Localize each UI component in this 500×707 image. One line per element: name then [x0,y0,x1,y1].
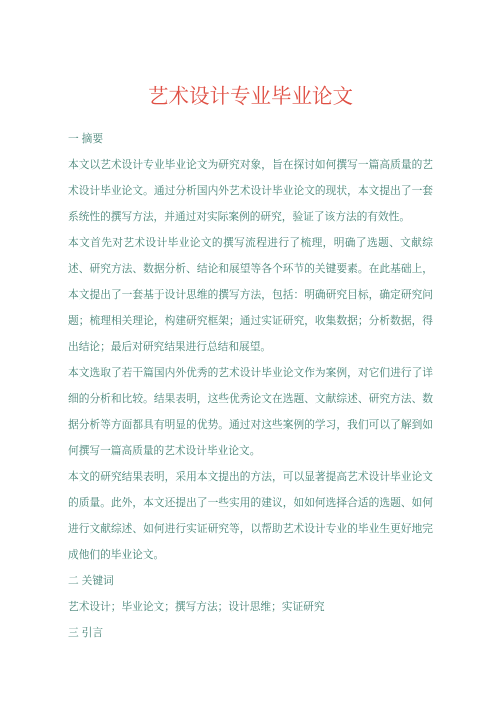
body-paragraph: 本文以艺术设计专业毕业论文为研究对象，旨在探讨如何撰写一篇高质量的艺术设计毕业论… [68,152,433,230]
body-paragraph: 本文首先对艺术设计毕业论文的撰写流程进行了梳理，明确了选题、文献综述、研究方法、… [68,230,433,360]
body-paragraph: 本文的研究结果表明，采用本文提出的方法，可以显著提高艺术设计毕业论文的质量。此外… [68,464,433,568]
body-paragraph: 本文选取了若干篇国内外优秀的艺术设计毕业论文作为案例，对它们进行了详细的分析和比… [68,360,433,464]
document-title: 艺术设计专业毕业论文 [68,82,433,112]
section-heading-introduction: 三 引言 [68,620,433,646]
section-heading-keywords: 二 关键词 [68,568,433,594]
document-page: 艺术设计专业毕业论文 一 摘要 本文以艺术设计专业毕业论文为研究对象，旨在探讨如… [0,0,500,707]
section-heading-abstract: 一 摘要 [68,126,433,152]
keywords-line: 艺术设计；毕业论文；撰写方法；设计思维；实证研究 [68,594,433,620]
document-body: 一 摘要 本文以艺术设计专业毕业论文为研究对象，旨在探讨如何撰写一篇高质量的艺术… [68,126,433,646]
